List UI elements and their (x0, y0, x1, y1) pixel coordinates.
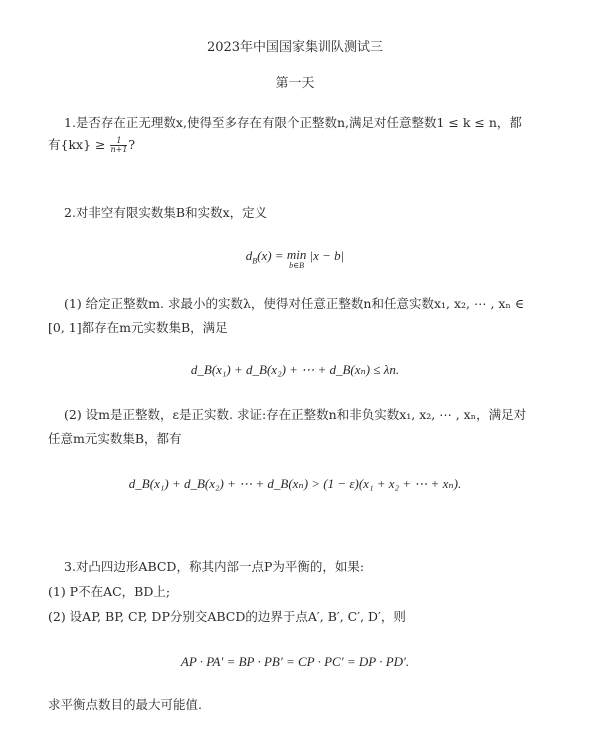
min-subscript: b∈B (287, 262, 307, 270)
definition-formula: dB(x) = min b∈B |x − b| (0, 248, 590, 270)
min-text: min (287, 247, 307, 262)
formula-arg: (x) = (257, 248, 287, 263)
part-1-line-2: [0, 1]都存在m元实数集B，满足 (48, 320, 228, 336)
part-1-formula: d_B(x₁) + d_B(x₂) + ⋯ + d_B(xₙ) ≤ λn. (0, 362, 590, 378)
problem-3-line-1: 3.对凸四边形ABCD，称其内部一点P为平衡的，如果: (64, 559, 364, 575)
part-2-line-1: (2) 设m是正整数，ε是正实数. 求证:存在正整数n和非负实数x₁, x₂, … (64, 407, 526, 423)
part-1-line-1: (1) 给定正整数m. 求最小的实数λ，使得对任意正整数n和任意实数x₁, x₂… (64, 296, 524, 312)
fraction-denominator: n+1 (110, 146, 127, 154)
problem-2-intro: 2.对非空有限实数集B和实数x，定义 (64, 205, 267, 221)
part-2-line-2: 任意m元实数集B，都有 (48, 431, 182, 447)
problem-1-line-2: 有{kx} ≥ 1 n+1 ? (48, 137, 135, 154)
question-mark: ? (128, 137, 135, 152)
problem-3-question: 求平衡点数目的最大可能值. (48, 697, 202, 713)
document-title: 2023年中国国家集训队测试三 (0, 40, 590, 56)
formula-abs: |x − b| (310, 248, 345, 263)
problem-3-line-2: (1) P不在AC，BD上; (48, 584, 170, 600)
fraction: 1 n+1 (110, 137, 127, 154)
problem-1-line-2-text: 有{kx} ≥ (48, 137, 105, 152)
part-2-formula: d_B(x₁) + d_B(x₂) + ⋯ + d_B(xₙ) > (1 − ε… (0, 476, 590, 492)
min-operator: min b∈B (287, 248, 307, 270)
day-heading: 第一天 (0, 76, 590, 92)
problem-3-line-3: (2) 设AP, BP, CP, DP分别交ABCD的边界于点A′, B′, C… (48, 609, 406, 625)
problem-1-line-1: 1.是否存在正无理数x,使得至多存在有限个正整数n,满足对任意整数1 ≤ k ≤… (64, 115, 522, 131)
problem-3-formula: AP · PA′ = BP · PB′ = CP · PC′ = DP · PD… (0, 654, 590, 670)
